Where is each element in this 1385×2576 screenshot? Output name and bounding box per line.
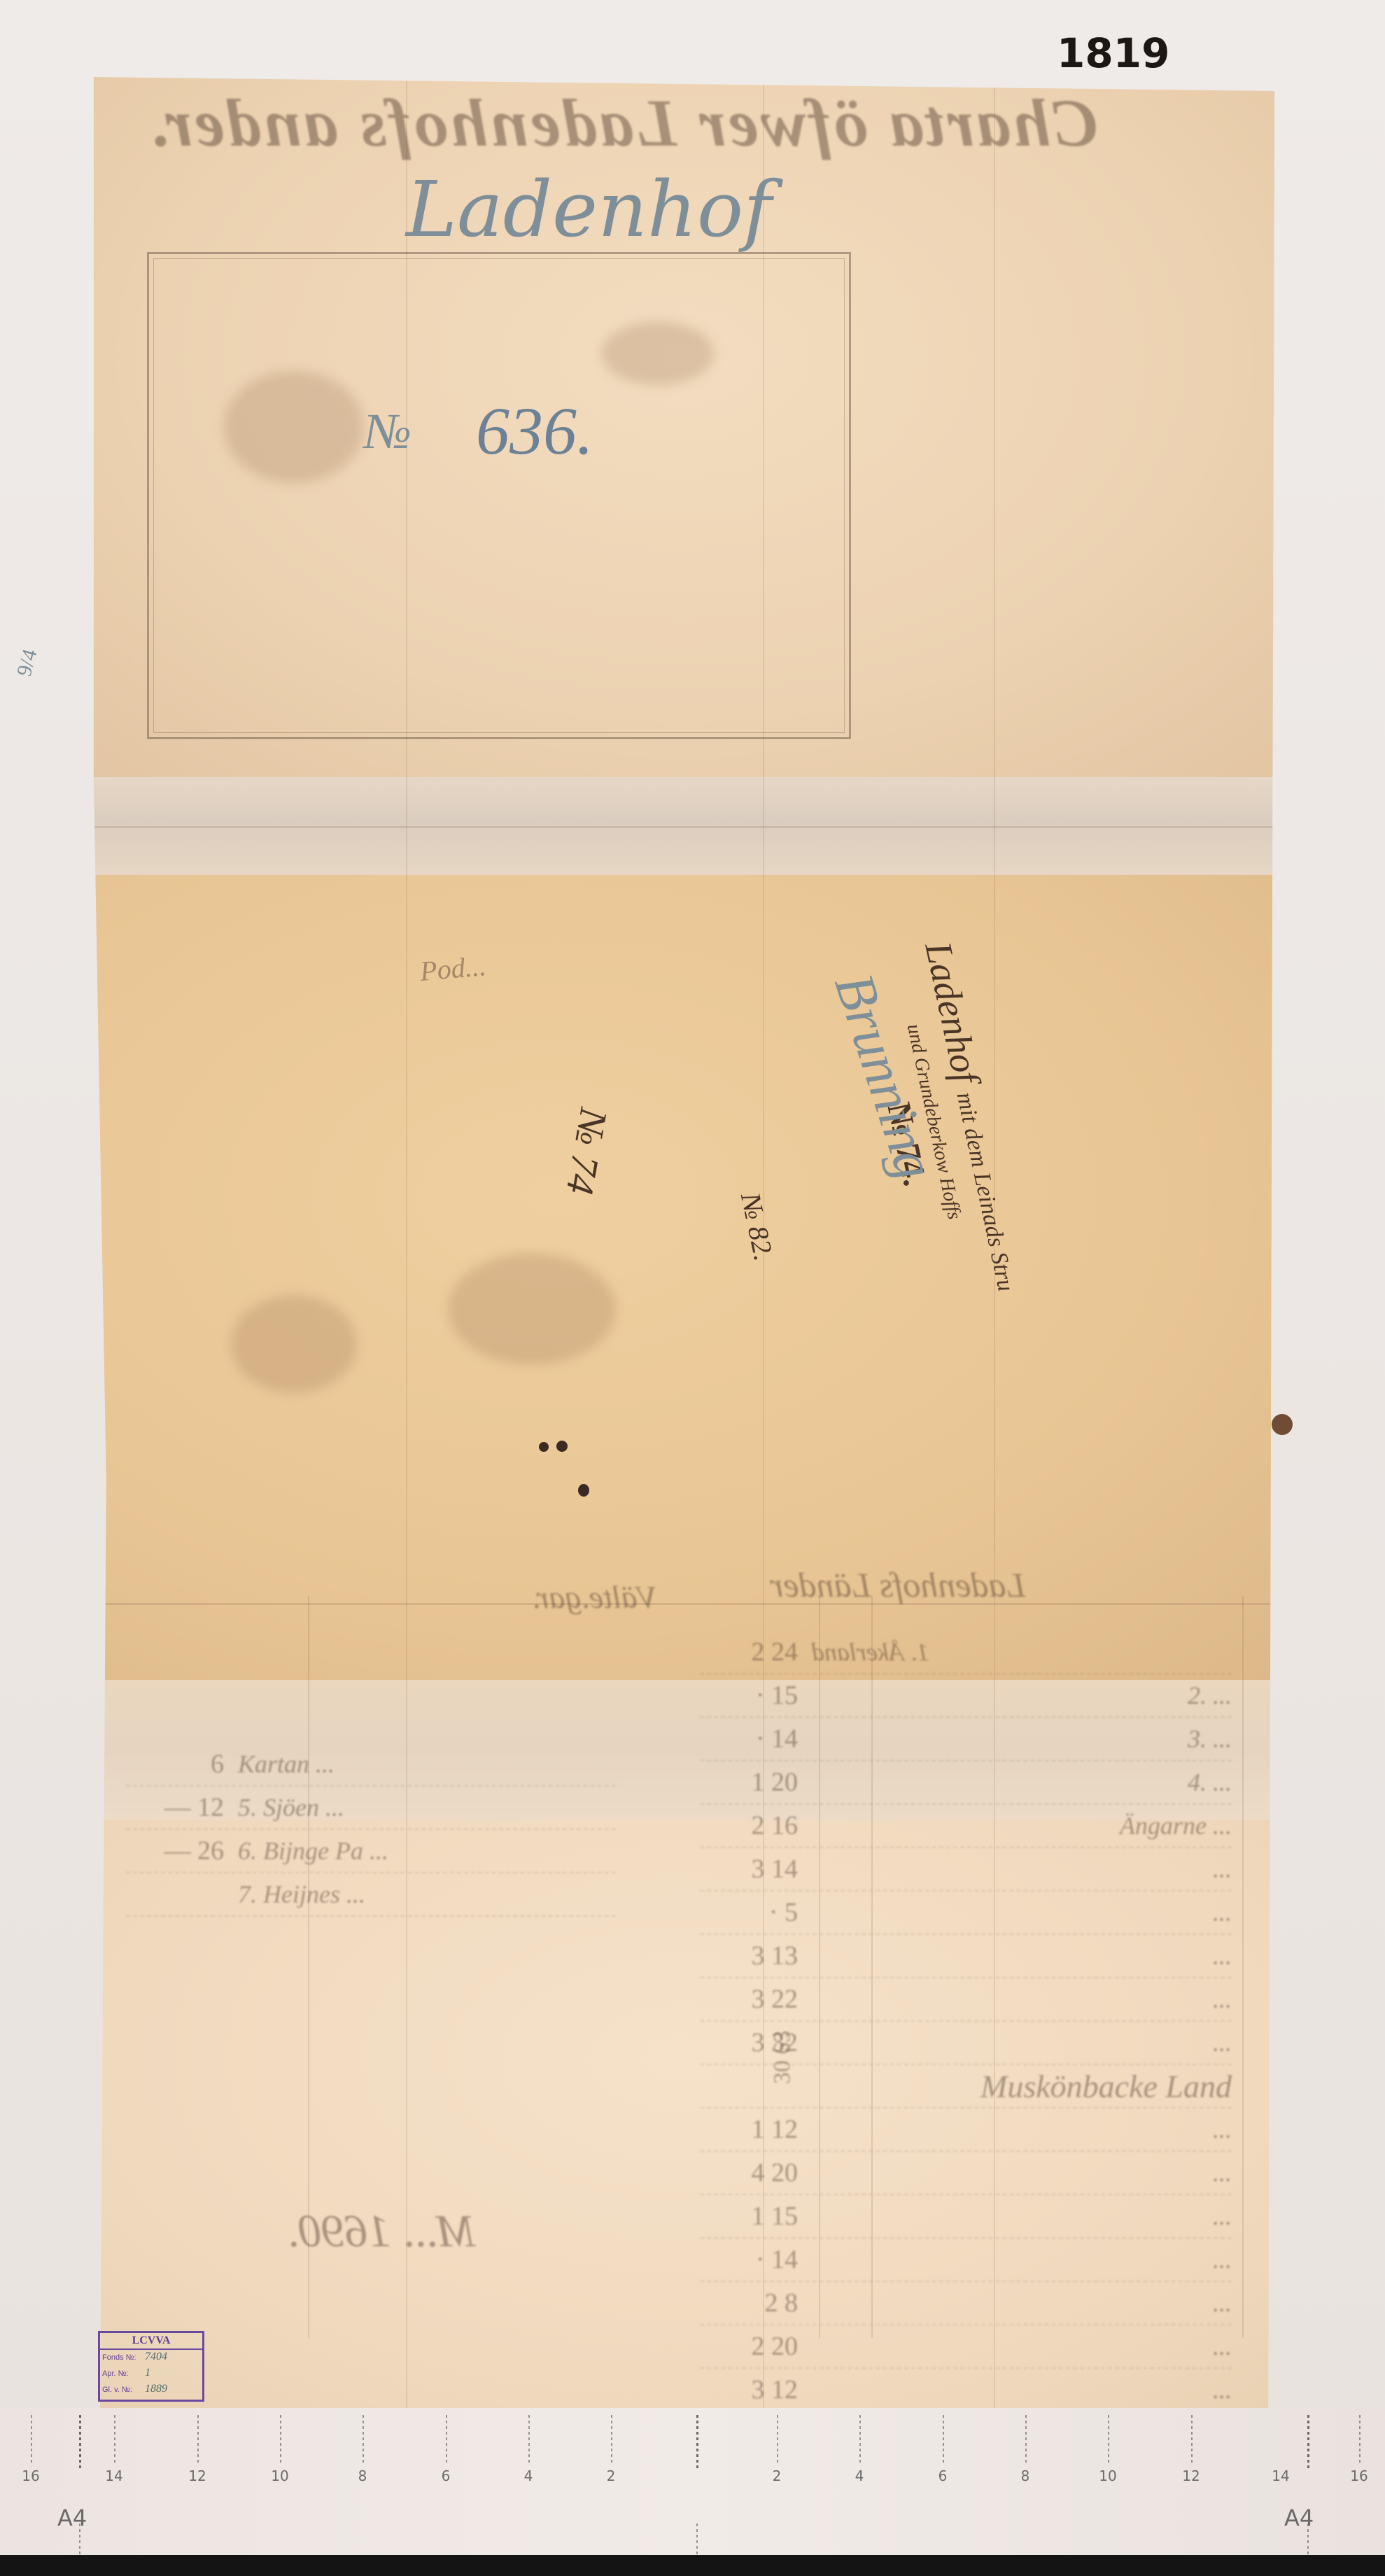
year-label: 1819 [1057,29,1169,77]
ink-blot [1272,1414,1293,1435]
ledger-row: 6Kartan ... [126,1743,616,1786]
ledger-column-line [1242,1596,1244,2338]
ledger-subtitle: Välte.gar. [532,1578,657,1616]
ledger-row: 1 15... [700,2195,1232,2239]
ledger-left: 6Kartan ... — 125. Sjöen ... — 266. Bijn… [126,1743,616,1917]
ledger-row: 2 20... [700,2325,1232,2369]
ruler-label: 14 [105,2467,122,2484]
ledger-row: · 152. ... [700,1674,1232,1718]
fold-line [56,1603,1312,1605]
map-smudge [602,322,714,385]
ruler-label: 16 [22,2467,39,2484]
ledger-row: · 14... [700,2239,1232,2282]
ledger-row: 3 12... [700,2369,1232,2412]
ink-blot [539,1442,549,1452]
stamp-row-apr: Apr. №:1 [100,2366,202,2382]
stamp-row-fonds: Fonds №:7404 [100,2350,202,2366]
ledger-row: 2 8... [700,2282,1232,2325]
map-panel [56,875,1312,1680]
ledger-row: 3 14... [700,1848,1232,1891]
ruler-label: 6 [938,2467,948,2484]
ledger-row: — 125. Sjöen ... [126,1786,616,1830]
ruler-label: 2 [773,2467,782,2484]
ledger-row: 7. Heijnes ... [126,1873,616,1917]
mirrored-title: Charta öfwer Ladenhofs ander. [147,84,1098,162]
scale-ruler: 16 14 12 10 8 6 4 2 2 4 6 8 10 12 14 16 … [0,2408,1385,2555]
archive-stamp: LCVVA Fonds №:7404 Apr. №:1 Gl. v. №:188… [98,2331,204,2402]
ledger-row: 3 13... [700,1935,1232,1978]
ledger-row: 2 241. Åkerland [700,1631,1232,1674]
ruler-label: 10 [271,2467,288,2484]
ruler-label: 8 [1021,2467,1030,2484]
map-smudge [231,1295,357,1393]
map-frame-bleedthrough [147,252,851,739]
map-left-note: Pod... [419,949,487,988]
ruler-label: 2 [607,2467,616,2484]
ledger-row: 4 20... [700,2152,1232,2195]
ledger-row: · 5... [700,1891,1232,1935]
ruler-label: 16 [1350,2467,1368,2484]
format-label-left: A4 [57,2505,87,2531]
ruler-label: 14 [1272,2467,1289,2484]
fold-line [56,826,1312,828]
ledger-title: Ladenhofs Länder [770,1564,1025,1605]
scanner-edge [0,2555,1385,2576]
stamp-title: LCVVA [100,2333,202,2350]
ruler-label: 8 [358,2467,367,2484]
ledger-row: 1 12... [700,2108,1232,2152]
ledger-row: 3 22... [700,1978,1232,2022]
place-name-pencil: Ladenhof [406,164,772,254]
ledger-row: 1 204. ... [700,1761,1232,1805]
number-prefix: № [364,402,412,461]
ink-blot [578,1484,589,1497]
format-label-right: A4 [1284,2505,1314,2531]
archive-number: 636. [476,392,593,470]
map-smudge [224,371,364,483]
ruler-label: 10 [1099,2467,1116,2484]
ruler-label: 12 [188,2467,206,2484]
ink-blot [556,1441,568,1452]
ledger-right: 2 241. Åkerland · 152. ... · 143. ... 1 … [700,1631,1232,2412]
stamp-row-glv: Gl. v. №:1889 [100,2382,202,2398]
ruler-label: 4 [524,2467,533,2484]
map-smudge [448,1253,616,1365]
ledger-row: · 143. ... [700,1718,1232,1761]
ruler-label: 6 [442,2467,451,2484]
ledger-row: — 266. Bijnge Pa ... [126,1830,616,1873]
ruler-label: 4 [855,2467,864,2484]
signature: M... 1690. [287,2205,475,2258]
ledger-total-mark: 30 63 [769,2031,796,2085]
ledger-row: 2 16Ängarne ... [700,1805,1232,1848]
ruler-label: 12 [1182,2467,1200,2484]
